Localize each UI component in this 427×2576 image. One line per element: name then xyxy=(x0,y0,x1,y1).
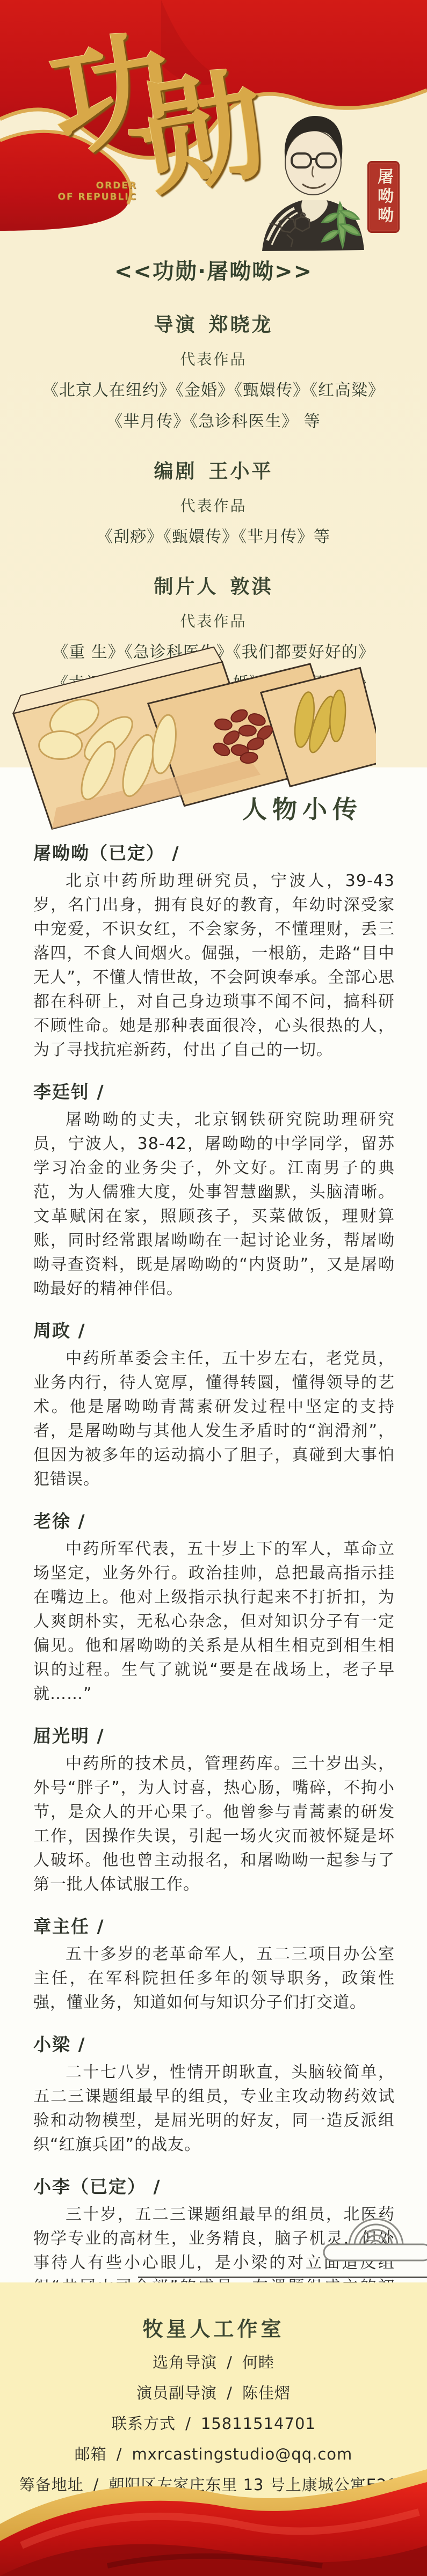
character-bio: 二十七八岁，性情开朗耿直，头脑较简单，五二三课题组最早的组员，专业主攻动物药效试… xyxy=(33,2060,395,2157)
biography-section: 人物小传 屠呦呦（已定） / 北京中药所助理研究员，宁波人，39-43岁，名门出… xyxy=(0,767,427,2282)
producer-works-label: 代表作品 xyxy=(0,610,427,631)
casting-poster: 功 勋 ORDER OF REPUBLIC xyxy=(0,0,427,2576)
character-name: 李廷钊 / xyxy=(33,1078,395,1103)
character-name: 屈光明 / xyxy=(33,1722,395,1747)
separator: / xyxy=(185,2414,191,2433)
character-bio: 中药所革委会主任，五十岁左右，老党员，业务内行，待人宽厚，懂得转圜，懂得领导的艺… xyxy=(33,1346,395,1491)
director-name: 郑晓龙 xyxy=(209,314,273,336)
character-bio: 屠呦呦的丈夫，北京钢铁研究院助理研究员，宁波人，38-42，屠呦呦的中学同学，留… xyxy=(33,1108,395,1301)
producer-role: 制片人 xyxy=(154,576,218,598)
character-list: 屠呦呦（已定） / 北京中药所助理研究员，宁波人，39-43岁，名门出身，拥有良… xyxy=(0,825,427,2282)
footer-divider-line xyxy=(138,2277,427,2278)
assistant-director-line: 演员副导演/陈佳熠 xyxy=(0,2381,427,2403)
assistant-director-label: 演员副导演 xyxy=(136,2384,217,2402)
tu-youyou-seal: 屠呦呦 xyxy=(367,161,400,233)
cloud-spiral-motif xyxy=(314,2195,427,2265)
director-role: 导演 xyxy=(154,314,197,336)
studio-name: 牧星人工作室 xyxy=(0,2282,427,2342)
contact-phone-label: 联系方式 xyxy=(111,2414,176,2433)
credit-director: 导演郑晓龙 代表作品 《北京人在纽约》《金婚》《甄嬛传》《红高粱》 《芈月传》《… xyxy=(0,310,427,431)
tu-youyou-portrait-sketch xyxy=(251,106,375,251)
herbal-medicine-illustration xyxy=(0,632,376,847)
director-works-label: 代表作品 xyxy=(0,348,427,369)
screenwriter-role: 编剧 xyxy=(154,460,197,482)
director-works-line: 《北京人在纽约》《金婚》《甄嬛传》《红高粱》 xyxy=(0,377,427,400)
character-name: 周政 / xyxy=(33,1317,395,1342)
casting-director-line: 选角导演/何睦 xyxy=(0,2351,427,2373)
separator: / xyxy=(227,2384,233,2402)
contact-phone-line: 联系方式/15811514701 xyxy=(0,2412,427,2434)
director-role-line: 导演郑晓龙 xyxy=(0,310,427,337)
order-of-republic-text: ORDER OF REPUBLIC xyxy=(54,180,137,203)
character-bio: 中药所军代表，五十岁上下的军人，革命立场坚定，业务外行。政治挂帅，总把最高指示挂… xyxy=(33,1537,395,1706)
assistant-director-value: 陈佳熠 xyxy=(242,2384,291,2402)
red-ribbon-decoration xyxy=(0,2461,427,2576)
character-bio: 五十多岁的老革命军人，五二三项目办公室主任，在军科院担任多年的领导职务，政策性强… xyxy=(33,1942,395,2015)
casting-director-value: 何睦 xyxy=(242,2353,274,2372)
character-bio: 中药所的技术员，管理药库。三十岁出头，外号“胖子”，为人讨喜，热心肠，嘴碎，不拘… xyxy=(33,1752,395,1897)
screenwriter-works-line: 《刮痧》《甄嬛传》《芈月传》等 xyxy=(0,523,427,547)
banner: 功 勋 ORDER OF REPUBLIC xyxy=(0,0,427,231)
producer-role-line: 制片人敦淇 xyxy=(0,572,427,599)
screenwriter-role-line: 编剧王小平 xyxy=(0,456,427,484)
screenwriter-works-label: 代表作品 xyxy=(0,494,427,516)
producer-name: 敦淇 xyxy=(230,576,273,598)
contact-phone-value: 15811514701 xyxy=(201,2414,316,2433)
character-name: 小李（已定） / xyxy=(33,2173,395,2198)
credits-section: <<功勋·屠呦呦>> 导演郑晓龙 代表作品 《北京人在纽约》《金婚》《甄嬛传》《… xyxy=(0,231,427,767)
character-name: 老徐 / xyxy=(33,1507,395,1533)
credit-screenwriter: 编剧王小平 代表作品 《刮痧》《甄嬛传》《芈月传》等 xyxy=(0,456,427,547)
character-name: 章主任 / xyxy=(33,1913,395,1938)
casting-director-label: 选角导演 xyxy=(153,2353,217,2372)
order-line1: ORDER xyxy=(54,180,137,192)
director-works-line: 《芈月传》《急诊科医生》 等 xyxy=(0,408,427,431)
studio-footer: 牧星人工作室 选角导演/何睦 演员副导演/陈佳熠 联系方式/1581151470… xyxy=(0,2282,427,2576)
screenwriter-name: 王小平 xyxy=(209,460,273,482)
character-bio: 北京中药所助理研究员，宁波人，39-43岁，名门出身，拥有良好的教育，年幼时深受… xyxy=(33,869,395,1062)
separator: / xyxy=(227,2353,233,2372)
order-line2: OF REPUBLIC xyxy=(54,192,137,203)
character-name: 小梁 / xyxy=(33,2031,395,2056)
seal-text: 屠呦呦 xyxy=(372,168,395,226)
